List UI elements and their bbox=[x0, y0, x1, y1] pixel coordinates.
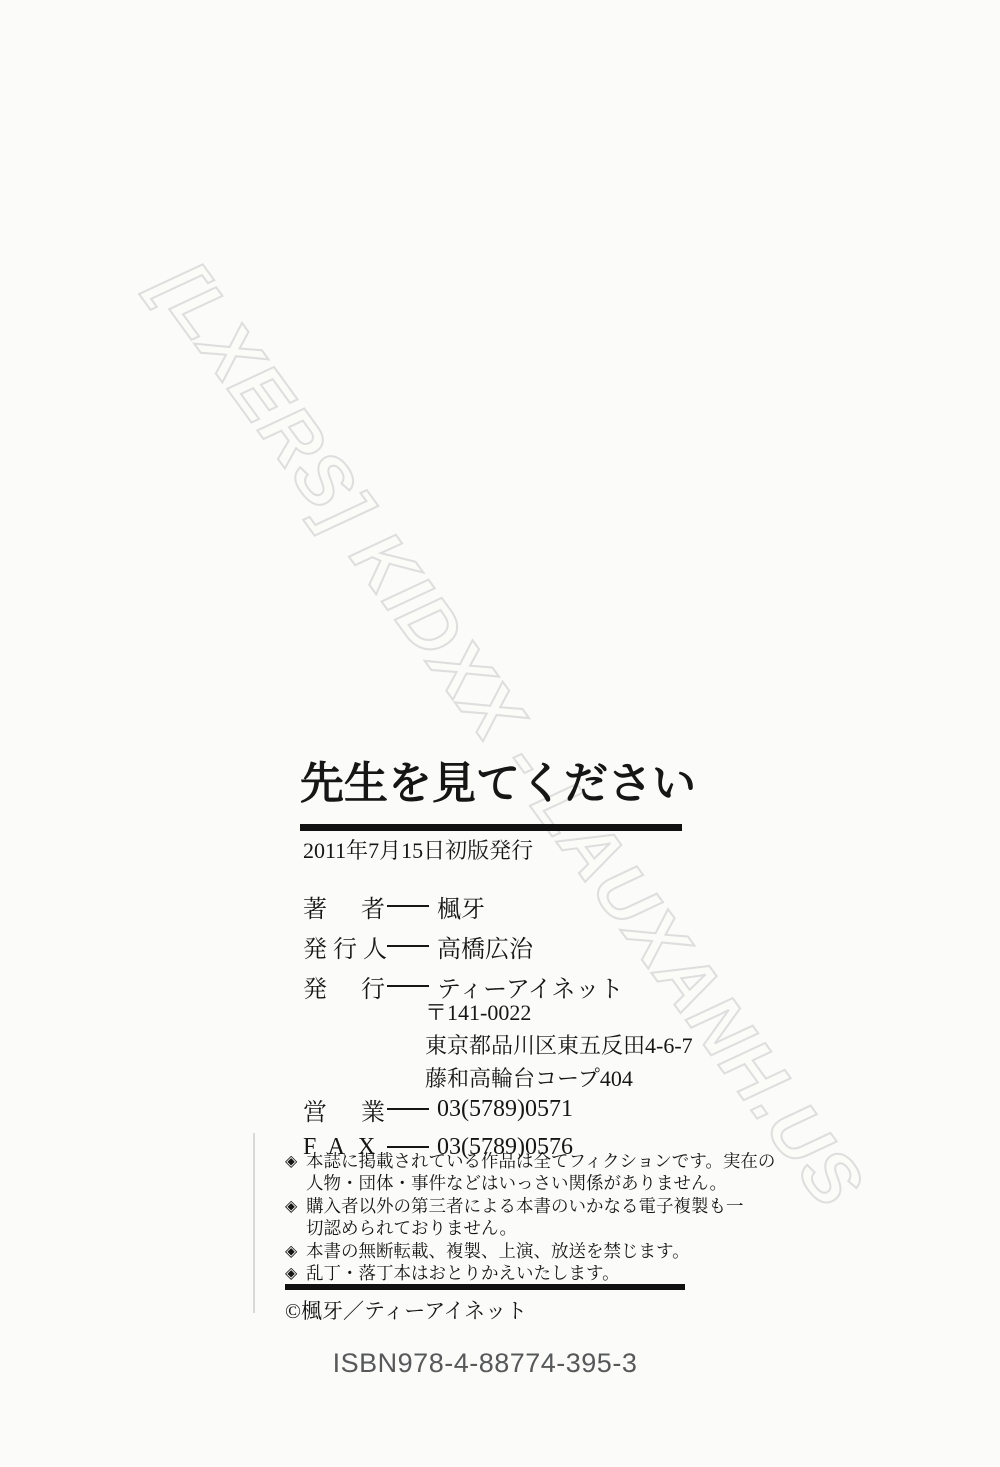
legal-notices: ◈ 本誌に掲載されている作品は全てフィクションです。実在の 人物・団体・事件など… bbox=[285, 1150, 705, 1284]
label-dash bbox=[387, 1146, 429, 1148]
colophon-content: 先生を見てください 2011年7月15日初版発行 著者 楓牙 発行人 高橋広治 … bbox=[0, 0, 1000, 1467]
label-dash bbox=[387, 985, 429, 987]
address-line-1: 東京都品川区東五反田4-6-7 bbox=[425, 1029, 693, 1062]
notice-item: ◈ 購入者以外の第三者による本書のいかなる電子複製も一 bbox=[285, 1195, 705, 1217]
edition-date: 2011年7月15日初版発行 bbox=[303, 836, 533, 866]
notice-item: ◈ 本誌に掲載されている作品は全てフィクションです。実在の bbox=[285, 1150, 705, 1172]
notice-text: 購入者以外の第三者による本書のいかなる電子複製も一 bbox=[306, 1195, 744, 1217]
diamond-bullet-icon: ◈ bbox=[285, 1195, 306, 1217]
notice-text: 本誌に掲載されている作品は全てフィクションです。実在の bbox=[306, 1150, 775, 1172]
notice-text-continued: 切認められておりません。 bbox=[285, 1217, 705, 1239]
author-label: 著者 bbox=[303, 889, 387, 924]
isbn-number: ISBN978-4-88774-395-3 bbox=[285, 1348, 685, 1379]
author-value: 楓牙 bbox=[437, 889, 485, 924]
label-dash bbox=[387, 945, 429, 947]
publisher-label: 発行 bbox=[303, 969, 387, 1004]
notice-text: 本書の無断転載、複製、上演、放送を禁じます。 bbox=[306, 1240, 690, 1262]
scan-crease-line bbox=[253, 1133, 255, 1313]
publication-fields: 著者 楓牙 発行人 高橋広治 発行 ティーアイネット bbox=[303, 886, 623, 1006]
notice-text: 乱丁・落丁本はおとりかえいたします。 bbox=[306, 1262, 620, 1284]
bottom-divider-rule bbox=[285, 1284, 685, 1290]
sales-phone-row: 営業 03(5789)0571 bbox=[303, 1090, 573, 1128]
sales-phone-number: 03(5789)0571 bbox=[437, 1096, 573, 1123]
sales-label: 営業 bbox=[303, 1092, 387, 1127]
notice-text-continued: 人物・団体・事件などはいっさい関係がありません。 bbox=[285, 1172, 705, 1194]
issuer-value: 高橋広治 bbox=[437, 929, 533, 964]
author-row: 著者 楓牙 bbox=[303, 886, 623, 926]
issuer-row: 発行人 高橋広治 bbox=[303, 926, 623, 966]
book-title: 先生を見てください bbox=[300, 758, 696, 810]
diamond-bullet-icon: ◈ bbox=[285, 1150, 306, 1172]
diamond-bullet-icon: ◈ bbox=[285, 1240, 306, 1262]
copyright-line: ©楓牙／ティーアイネット bbox=[285, 1298, 527, 1325]
diamond-bullet-icon: ◈ bbox=[285, 1262, 306, 1284]
issuer-label: 発行人 bbox=[303, 929, 387, 964]
notice-item: ◈ 本書の無断転載、複製、上演、放送を禁じます。 bbox=[285, 1240, 705, 1262]
title-underline-rule bbox=[300, 824, 682, 831]
scanned-colophon-page: { "watermark": { "text": "[LXERS] KIDXX … bbox=[0, 0, 1000, 1467]
publisher-address: 〒141-0022 東京都品川区東五反田4-6-7 藤和高輪台コープ404 bbox=[425, 996, 693, 1095]
label-dash bbox=[387, 1108, 429, 1110]
postal-code: 〒141-0022 bbox=[425, 996, 693, 1029]
label-dash bbox=[387, 905, 429, 907]
notice-item: ◈ 乱丁・落丁本はおとりかえいたします。 bbox=[285, 1262, 705, 1284]
